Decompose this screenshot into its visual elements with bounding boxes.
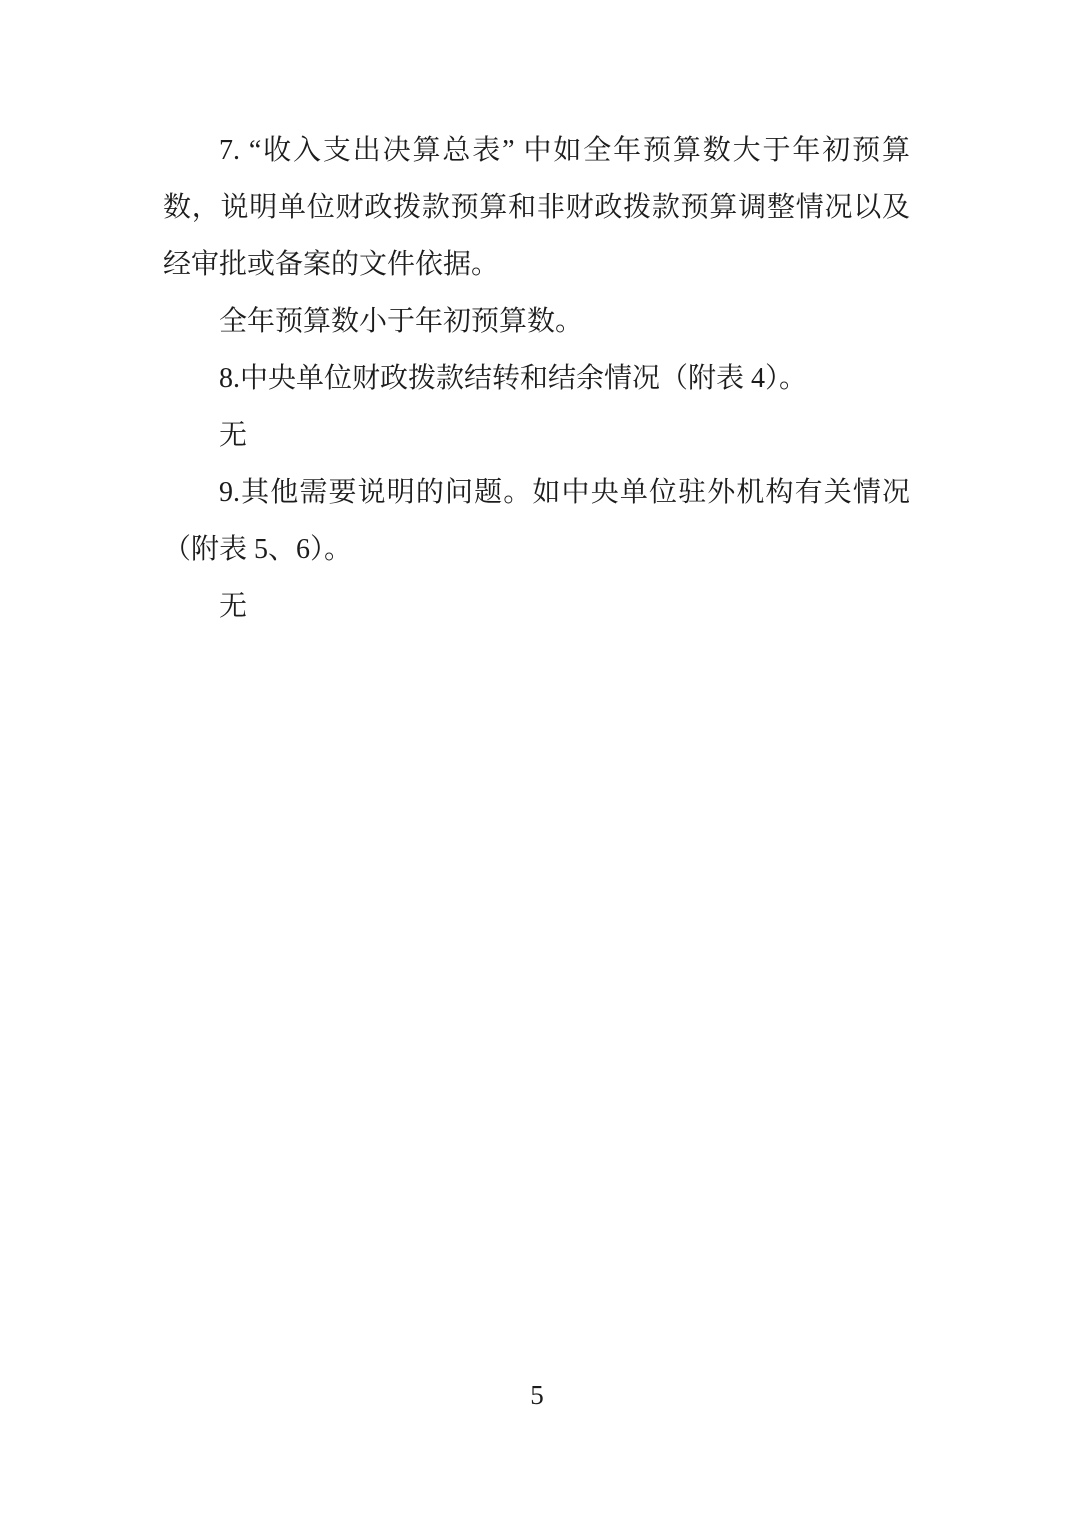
paragraph: 无 (163, 407, 910, 464)
text-line: 7. “收入支出决算总表” 中如全年预算数大于年初预算 (163, 122, 910, 179)
text-line: 全年预算数小于年初预算数。 (163, 293, 910, 350)
text-line: （附表 5、6）。 (163, 521, 910, 578)
paragraph: 7. “收入支出决算总表” 中如全年预算数大于年初预算 数，说明单位财政拨款预算… (163, 122, 910, 293)
text-line: 9.其他需要说明的问题。如中央单位驻外机构有关情况 (163, 464, 910, 521)
paragraph: 全年预算数小于年初预算数。 (163, 293, 910, 350)
paragraph: 9.其他需要说明的问题。如中央单位驻外机构有关情况 （附表 5、6）。 (163, 464, 910, 578)
paragraph: 8.中央单位财政拨款结转和结余情况（附表 4）。 (163, 350, 910, 407)
page-number: 5 (530, 1378, 544, 1412)
text-line: 无 (163, 578, 910, 635)
document-page: 7. “收入支出决算总表” 中如全年预算数大于年初预算 数，说明单位财政拨款预算… (0, 0, 1074, 1520)
text-line: 经审批或备案的文件依据。 (163, 236, 910, 293)
text-line: 数，说明单位财政拨款预算和非财政拨款预算调整情况以及 (163, 179, 910, 236)
paragraph: 无 (163, 578, 910, 635)
text-line: 8.中央单位财政拨款结转和结余情况（附表 4）。 (163, 350, 910, 407)
text-line: 无 (163, 407, 910, 464)
document-body: 7. “收入支出决算总表” 中如全年预算数大于年初预算 数，说明单位财政拨款预算… (163, 122, 910, 635)
page-footer: 5 (0, 1378, 1074, 1412)
